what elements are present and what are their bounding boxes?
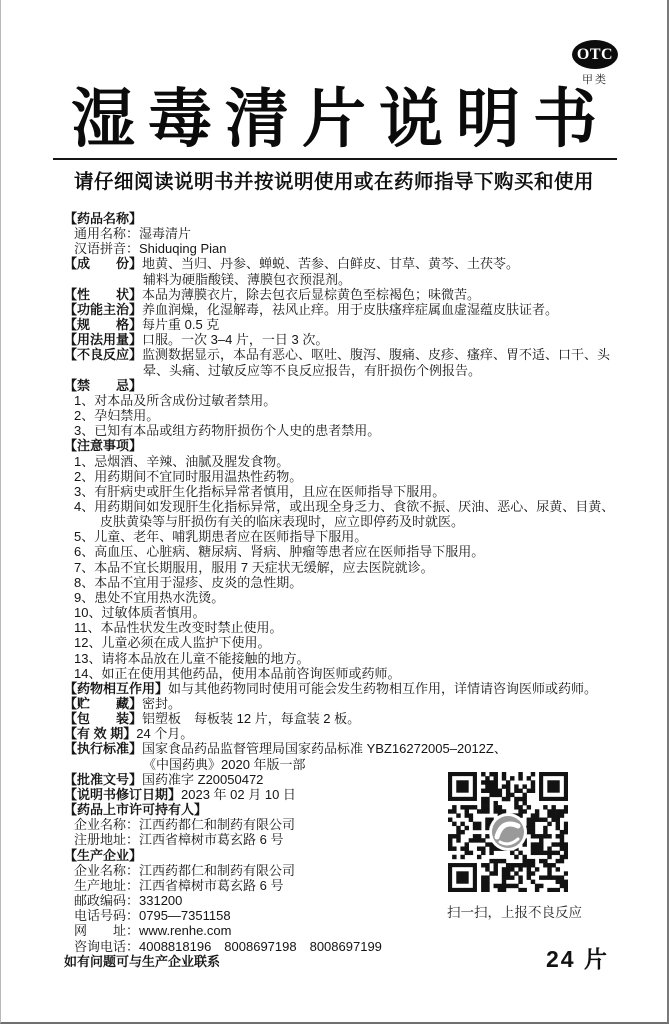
line-text: 养血润燥，化湿解毒，祛风止痒。用于皮肤瘙痒症属血虚湿蕴皮肤证者。 (142, 302, 558, 317)
section-label: 【有 效 期】 (64, 726, 136, 741)
line-text: 国家食品药品监督管理局国家药品标准 YBZ16272005–2012Z、 (142, 741, 507, 756)
leaflet-line: 【功能主治】养血润燥，化湿解毒，祛风止痒。用于皮肤瘙痒症属血虚湿蕴皮肤证者。 (64, 302, 639, 317)
leaflet-line: 2、用药期间不宜同时服用温热性药物。 (64, 469, 639, 484)
section-label: 【批准文号】 (64, 772, 142, 787)
line-text: 如与其他药物同时使用可能会发生药物相互作用，详情请咨询医师或药师。 (168, 681, 597, 696)
section-label: 【功能主治】 (64, 302, 142, 317)
leaflet-line: 通用名称：湿毒清片 (64, 226, 639, 241)
leaflet-line: 【禁 忌】 (64, 378, 639, 393)
leaflet-line: 3、已知有本品或组方药物肝损伤个人史的患者禁用。 (64, 423, 639, 438)
section-label: 【药物相互作用】 (64, 681, 168, 696)
line-text: 晕、头痛、过敏反应等不良反应报告，有肝损伤个例报告。 (143, 363, 481, 378)
leaflet-line: 2、孕妇禁用。 (64, 408, 639, 423)
line-text: 12、儿童必须在成人监护下使用。 (74, 635, 270, 650)
section-label: 【规 格】 (64, 317, 142, 332)
otc-logo: OTC (572, 40, 618, 69)
page-title: 湿毒清片说明书 (11, 86, 657, 152)
leaflet-line: 8、本品不宜用于湿疹、皮炎的急性期。 (64, 575, 639, 590)
line-text: 7、本品不宜长期服用，服用 7 天症状无缓解，应去医院就诊。 (74, 560, 434, 575)
qr-caption: 扫一扫，上报不良反应 (447, 901, 569, 921)
section-label: 【执行标准】 (64, 741, 142, 756)
leaflet-line: 【包 装】铝塑板 每板装 12 片，每盒装 2 板。 (64, 711, 639, 726)
section-label: 【注意事项】 (64, 438, 142, 453)
leaflet-line: 9、患处不宜用热水洗烫。 (64, 590, 639, 605)
section-label: 【药品上市许可持有人】 (64, 802, 207, 817)
line-text: 口服。一次 3–4 片，一日 3 次。 (142, 332, 328, 347)
line-text: 3、已知有本品或组方药物肝损伤个人史的患者禁用。 (74, 423, 380, 438)
line-text: 网 址：www.renhe.com (74, 923, 231, 938)
leaflet-line: 皮肤黄染等与肝损伤有关的临床表现时，应立即停药及时就医。 (64, 514, 639, 529)
qr-block: 扫一扫，上报不良反应 (447, 772, 569, 921)
qr-code (448, 772, 568, 892)
line-text: 1、忌烟酒、辛辣、油腻及腥发食物。 (74, 454, 289, 469)
line-text: 辅料为硬脂酸镁、薄膜包衣预混剂。 (143, 272, 351, 287)
line-text: 国药准字 Z20050472 (142, 772, 263, 787)
line-text: 邮政编码：331200 (74, 893, 182, 908)
section-label: 【禁 忌】 (64, 378, 142, 393)
line-text: 13、请将本品放在儿童不能接触的地方。 (74, 651, 309, 666)
section-label: 【性 状】 (64, 287, 142, 302)
line-text: 14、如正在使用其他药品，使用本品前咨询医师或药师。 (74, 666, 400, 681)
line-text: 11、本品性状发生改变时禁止使用。 (74, 620, 283, 635)
leaflet-line: 13、请将本品放在儿童不能接触的地方。 (64, 651, 639, 666)
leaflet-line: 【规 格】每片重 0.5 克 (64, 317, 639, 332)
line-text: 《中国药典》2020 年版一部 (143, 757, 306, 772)
leaflet-line: 【注意事项】 (64, 438, 639, 453)
leaflet-line: 7、本品不宜长期服用，服用 7 天症状无缓解，应去医院就诊。 (64, 560, 639, 575)
line-text: 3、有肝病史或肝生化指标异常者慎用，且应在医师指导下服用。 (74, 484, 445, 499)
line-text: 5、儿童、老年、哺乳期患者应在医师指导下服用。 (74, 529, 367, 544)
leaflet-line: 网 址：www.renhe.com (64, 923, 639, 938)
line-text: 本品为薄膜衣片，除去包衣后显棕黄色至棕褐色；味微苦。 (142, 287, 480, 302)
section-label: 【包 装】 (64, 711, 142, 726)
leaflet-line: 晕、头痛、过敏反应等不良反应报告，有肝损伤个例报告。 (64, 363, 639, 378)
line-text: 电话号码：0795—7351158 (74, 908, 231, 923)
section-label: 【贮 藏】 (64, 696, 142, 711)
leaflet-line: 5、儿童、老年、哺乳期患者应在医师指导下服用。 (64, 529, 639, 544)
line-text: 汉语拼音：Shiduqing Pian (74, 241, 226, 256)
leaflet-line: 【药品名称】 (64, 211, 639, 226)
line-text: 2、用药期间不宜同时服用温热性药物。 (74, 469, 302, 484)
line-text: 铝塑板 每板装 12 片，每盒装 2 板。 (142, 711, 360, 726)
section-label: 【成 份】 (64, 256, 142, 271)
subtitle: 请仔细阅读说明书并按说明使用或在药师指导下购买和使用 (1, 166, 667, 194)
leaflet-line: 【药物相互作用】如与其他药物同时使用可能会发生药物相互作用，详情请咨询医师或药师… (64, 681, 639, 696)
line-text: 企业名称：江西药都仁和制药有限公司 (74, 863, 295, 878)
line-text: 注册地址：江西省樟树市葛玄路 6 号 (74, 832, 283, 847)
leaflet-line: 1、对本品及所含成份过敏者禁用。 (64, 393, 639, 408)
line-text: 2023 年 02 月 10 日 (181, 787, 296, 802)
line-text: 监测数据显示，本品有恶心、呕吐、腹泻、腹痛、皮疹、瘙痒、胃不适、口干、头 (142, 347, 610, 362)
leaflet-line: 汉语拼音：Shiduqing Pian (64, 241, 639, 256)
section-label: 【药品名称】 (64, 211, 142, 226)
line-text: 4、用药期间如发现肝生化指标异常，或出现全身乏力、食欲不振、厌油、恶心、尿黄、目… (74, 499, 614, 514)
leaflet-line: 【成 份】地黄、当归、丹参、蝉蜕、苦参、白鲜皮、甘草、黄芩、土茯苓。 (64, 256, 639, 271)
leaflet-line: 14、如正在使用其他药品，使用本品前咨询医师或药师。 (64, 666, 639, 681)
leaflet-line: 6、高血压、心脏病、糖尿病、肾病、肿瘤等患者应在医师指导下服用。 (64, 544, 639, 559)
line-text: 1、对本品及所含成份过敏者禁用。 (74, 393, 276, 408)
leaflet-line: 【性 状】本品为薄膜衣片，除去包衣后显棕黄色至棕褐色；味微苦。 (64, 287, 639, 302)
line-text: 如有问题可与生产企业联系 (64, 954, 220, 969)
leaflet-line: 【有 效 期】24 个月。 (64, 726, 639, 741)
leaflet-line: 10、过敏体质者慎用。 (64, 605, 639, 620)
line-text: 2、孕妇禁用。 (74, 408, 159, 423)
leaflet-line: 4、用药期间如发现肝生化指标异常，或出现全身乏力、食欲不振、厌油、恶心、尿黄、目… (64, 499, 639, 514)
line-text: 地黄、当归、丹参、蝉蜕、苦参、白鲜皮、甘草、黄芩、土茯苓。 (142, 256, 519, 271)
line-text: 8、本品不宜用于湿疹、皮炎的急性期。 (74, 575, 302, 590)
leaflet-line: 【不良反应】监测数据显示，本品有恶心、呕吐、腹泻、腹痛、皮疹、瘙痒、胃不适、口干… (64, 347, 639, 362)
leaflet-line: 12、儿童必须在成人监护下使用。 (64, 635, 639, 650)
leaflet-line: 《中国药典》2020 年版一部 (64, 757, 639, 772)
line-text: 企业名称：江西药都仁和制药有限公司 (74, 817, 295, 832)
section-label: 【说明书修订日期】 (64, 787, 181, 802)
leaflet-line: 11、本品性状发生改变时禁止使用。 (64, 620, 639, 635)
leaflet-line: 3、有肝病史或肝生化指标异常者慎用，且应在医师指导下服用。 (64, 484, 639, 499)
leaflet-line: 【贮 藏】密封。 (64, 696, 639, 711)
leaflet-line: 1、忌烟酒、辛辣、油腻及腥发食物。 (64, 454, 639, 469)
leaflet-line: 辅料为硬脂酸镁、薄膜包衣预混剂。 (64, 272, 639, 287)
pill-count: 24 片 (546, 941, 609, 974)
line-text: 生产地址：江西省樟树市葛玄路 6 号 (74, 878, 283, 893)
line-text: 9、患处不宜用热水洗烫。 (74, 590, 224, 605)
section-label: 【生产企业】 (64, 848, 142, 863)
line-text: 6、高血压、心脏病、糖尿病、肾病、肿瘤等患者应在医师指导下服用。 (74, 544, 484, 559)
line-text: 皮肤黄染等与肝损伤有关的临床表现时，应立即停药及时就医。 (100, 514, 464, 529)
leaflet-line: 【用法用量】口服。一次 3–4 片，一日 3 次。 (64, 332, 639, 347)
line-text: 每片重 0.5 克 (142, 317, 219, 332)
line-text: 24 个月。 (136, 726, 193, 741)
section-label: 【不良反应】 (64, 347, 142, 362)
leaflet-page: OTC 甲类 湿毒清片说明书 请仔细阅读说明书并按说明使用或在药师指导下购买和使… (0, 0, 669, 1024)
otc-badge: OTC 甲类 (569, 40, 621, 87)
line-text: 通用名称：湿毒清片 (74, 226, 191, 241)
otc-class-label: 甲类 (569, 71, 621, 87)
line-text: 密封。 (142, 696, 181, 711)
line-text: 10、过敏体质者慎用。 (74, 605, 205, 620)
line-text: 咨询电话：4008818196 8008697198 8008697199 (74, 939, 382, 954)
title-divider (53, 158, 617, 160)
section-label: 【用法用量】 (64, 332, 142, 347)
leaflet-line: 【执行标准】国家食品药品监督管理局国家药品标准 YBZ16272005–2012… (64, 741, 639, 756)
